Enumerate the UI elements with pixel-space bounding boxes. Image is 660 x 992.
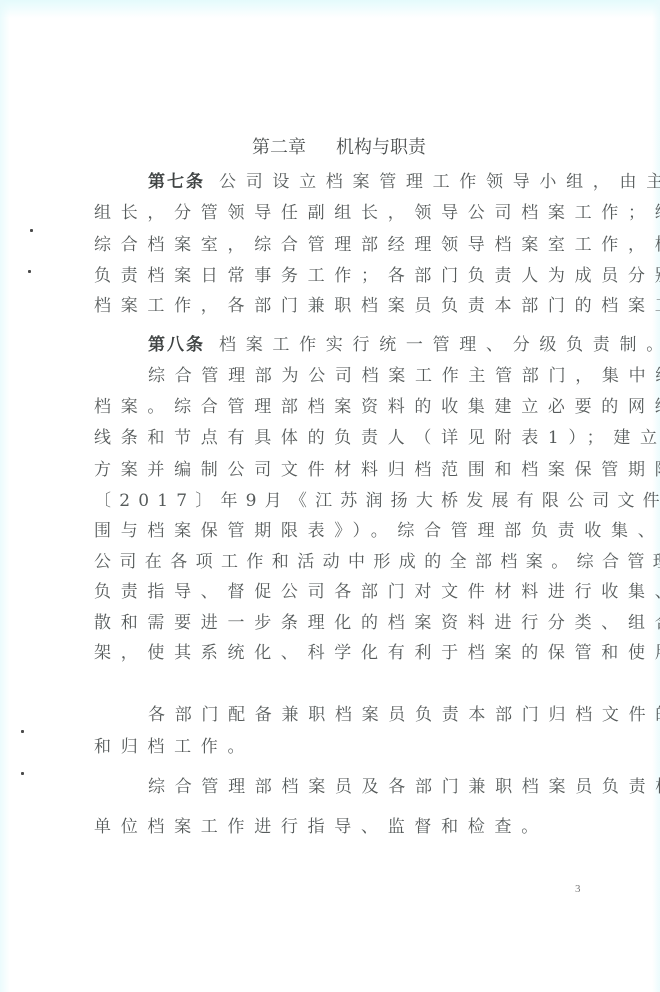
chapter-title: 机构与职责 <box>336 137 426 158</box>
text-line: 各部门配备兼职档案员负责本部门归档文件的收集、整理 <box>148 705 638 725</box>
text-line: 组长，分管领导任副组长，领导公司档案工作；综合管理部设 <box>94 203 584 223</box>
binding-mark <box>21 772 24 775</box>
text-line: 负责档案日常事务工作；各部门负责人为成员分别负责本部门 <box>94 266 584 286</box>
article-8-line: 第八条档案工作实行统一管理、分级负责制。 <box>148 335 638 355</box>
page-number: 3 <box>575 883 581 895</box>
binding-mark <box>21 730 24 733</box>
text-line: 档案工作，各部门兼职档案员负责本部门的档案工作。 <box>94 296 584 316</box>
text-line: 〔2017〕年9月《江苏润扬大桥发展有限公司文件材料归档范 <box>94 491 584 511</box>
binding-mark <box>30 229 33 232</box>
text-line: 单位档案工作进行指导、监督和检查。 <box>94 817 584 837</box>
text-line: 和归档工作。 <box>94 737 584 757</box>
text-line: 围与档案保管期限表》）。综合管理部负责收集、整理和保管 <box>94 521 584 541</box>
chapter-heading: 第二章机构与职责 <box>0 137 660 159</box>
text-line: 散和需要进一步条理化的档案资料进行分类、组合和编目后上 <box>94 613 584 633</box>
article-7-line: 第七条公司设立档案管理工作领导小组，由主管领导任 <box>148 172 638 192</box>
text-line: 公司在各项工作和活动中形成的全部档案。综合管理部档案员， <box>94 552 584 572</box>
scan-edge-top <box>0 0 660 18</box>
binding-mark <box>28 270 31 273</box>
text-line: 综合管理部为公司档案工作主管部门，集中统一管理公司 <box>148 366 638 386</box>
text-line: 档案。综合管理部档案资料的收集建立必要的网络制度，相关 <box>94 397 584 417</box>
chapter-number: 第二章 <box>252 137 306 158</box>
text-line: 方案并编制公司文件材料归档范围和档案保管期限表（润扬综 <box>94 460 584 480</box>
text-line: 综合档案室，综合管理部经理领导档案室工作，档案室档案员 <box>94 235 584 255</box>
article-label: 第八条 <box>148 335 205 355</box>
text-line: 架，使其系统化、科学化有利于档案的保管和使用。 <box>94 643 584 663</box>
text-line: 综合管理部档案员及各部门兼职档案员负责相应对口基层 <box>148 777 638 797</box>
text-line: 线条和节点有具体的负责人（详见附表1）；建立科学的分类 <box>94 428 584 448</box>
article-label: 第七条 <box>148 172 205 192</box>
text-line: 负责指导、督促公司各部门对文件材料进行收集、整理；把零 <box>94 582 584 602</box>
